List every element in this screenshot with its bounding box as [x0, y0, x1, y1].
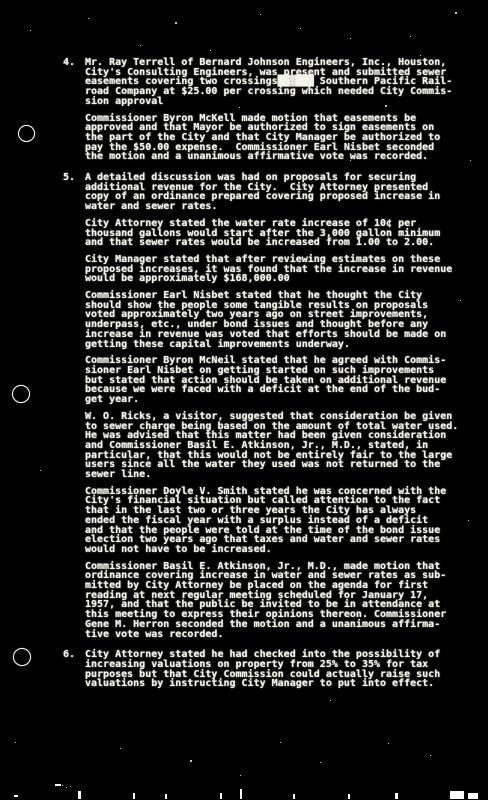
- minutes-paragraph: A detailed discussion was had on proposa…: [85, 173, 463, 212]
- film-noise-speck: [468, 520, 469, 521]
- film-edge-mark: [293, 794, 295, 799]
- film-noise-speck: [470, 160, 471, 161]
- minutes-paragraph: City Manager stated that after reviewing…: [85, 255, 463, 284]
- film-noise-speck: [15, 742, 16, 743]
- minutes-item-4: 4. Mr. Ray Terrell of Bernard Johnson En…: [63, 58, 463, 162]
- film-noise-speck: [90, 258, 91, 259]
- film-noise-speck: [420, 55, 421, 56]
- film-noise-speck: [330, 700, 331, 701]
- film-noise-speck: [140, 45, 141, 46]
- minutes-paragraph: Commissioner Byron McNeil stated that he…: [85, 356, 463, 405]
- film-noise-speck: [455, 12, 457, 14]
- film-edge-mark: [468, 793, 478, 799]
- film-noise-speck: [66, 787, 67, 788]
- film-noise-speck: [210, 50, 211, 51]
- minutes-content: 4. Mr. Ray Terrell of Bernard Johnson En…: [63, 58, 463, 700]
- punch-hole: [12, 385, 30, 403]
- scanned-minutes-page: 4. Mr. Ray Terrell of Bernard Johnson En…: [0, 0, 488, 800]
- minutes-paragraph: Commissioner Basil E. Atkinson, Jr., M.D…: [85, 562, 463, 640]
- film-noise-speck: [190, 760, 192, 762]
- film-edge-mark: [240, 789, 242, 799]
- film-edge-mark: [220, 793, 222, 799]
- film-noise-speck: [260, 14, 261, 15]
- film-noise-speck: [460, 300, 461, 301]
- minutes-paragraph: City Attorney stated he had checked into…: [85, 650, 463, 689]
- film-noise-speck: [175, 22, 177, 24]
- minutes-paragraph: W. O. Ricks, a visitor, suggested that c…: [85, 412, 463, 480]
- film-noise-speck: [430, 755, 431, 756]
- film-noise-speck: [120, 748, 121, 749]
- film-noise-speck: [240, 775, 241, 776]
- punch-hole: [18, 125, 35, 142]
- film-noise-speck: [95, 188, 96, 189]
- item-body: City Attorney stated he had checked into…: [85, 650, 463, 689]
- item-number: 4.: [63, 58, 85, 162]
- film-edge-mark: [165, 794, 167, 799]
- film-noise-speck: [239, 107, 240, 108]
- item-body: A detailed discussion was had on proposa…: [85, 173, 463, 639]
- minutes-item-6: 6. City Attorney stated he had checked i…: [63, 650, 463, 689]
- film-noise-speck: [300, 28, 301, 29]
- item-number: 6.: [63, 650, 85, 689]
- film-noise-speck: [70, 786, 71, 787]
- film-edge-mark: [133, 793, 135, 799]
- minutes-paragraph: Commissioner Earl Nisbet stated that he …: [85, 291, 463, 349]
- film-noise-speck: [320, 762, 321, 763]
- film-noise-speck: [388, 743, 389, 744]
- film-edge-mark: [78, 791, 81, 799]
- film-noise-speck: [40, 470, 41, 471]
- film-noise-speck: [350, 160, 351, 161]
- film-noise-speck: [350, 38, 351, 39]
- item-number: 5.: [63, 173, 85, 639]
- minutes-paragraph: Commissioner Doyle V. Smith stated he wa…: [85, 487, 463, 555]
- film-edge-mark: [14, 795, 18, 797]
- item-body: Mr. Ray Terrell of Bernard Johnson Engin…: [85, 58, 463, 162]
- film-noise-speck: [62, 785, 63, 786]
- film-noise-speck: [280, 742, 281, 743]
- punch-hole: [13, 648, 31, 666]
- film-edge-mark: [55, 784, 61, 786]
- minutes-paragraph: City Attorney stated the water rate incr…: [85, 219, 463, 248]
- minutes-paragraph: Mr. Ray Terrell of Bernard Johnson Engin…: [85, 58, 463, 107]
- film-edge-mark: [395, 793, 398, 799]
- film-edge-mark: [450, 791, 464, 799]
- minutes-item-5: 5. A detailed discussion was had on prop…: [63, 173, 463, 639]
- minutes-paragraph: Commissioner Byron McKell made motion th…: [85, 114, 463, 163]
- film-noise-speck: [88, 18, 89, 19]
- film-edge-mark: [348, 794, 350, 799]
- film-noise-speck: [410, 36, 411, 37]
- film-noise-speck: [385, 105, 387, 107]
- film-noise-speck: [30, 30, 31, 31]
